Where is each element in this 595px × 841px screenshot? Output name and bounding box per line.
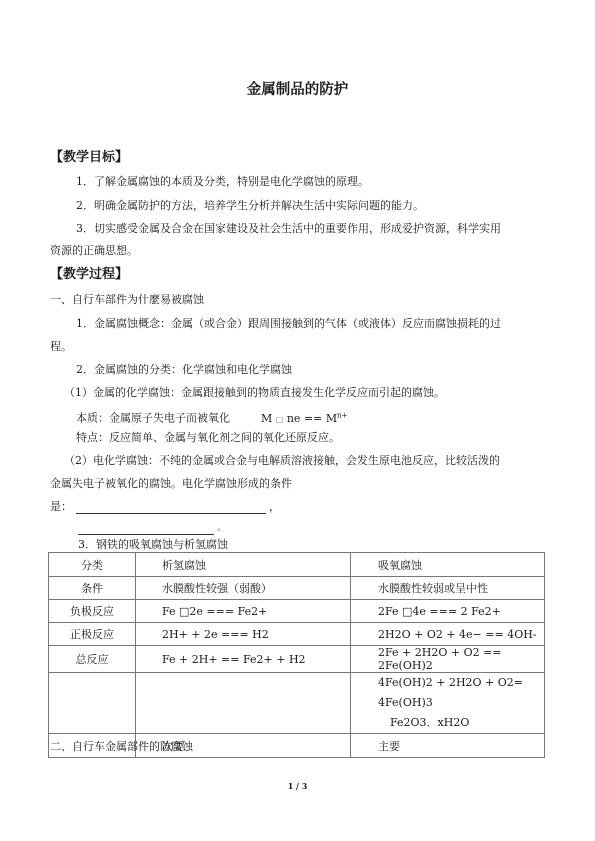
objective-item: 1．了解金属腐蚀的本质及分类，特别是电化学腐蚀的原理。 <box>76 175 369 189</box>
condition-blank-line-1: 是： ， <box>50 500 280 514</box>
corrosion-comparison-table: 分类 析氢腐蚀 吸氧腐蚀 条件 水膜酸性较强（弱酸） 水膜酸性较弱或呈中性 负极… <box>48 552 545 758</box>
table-row: 4Fe(OH)2 + 2H2O + O2= 4Fe(OH)3 Fe2O3．xH2… <box>49 673 545 734</box>
header-cell: 吸氧腐蚀 <box>351 553 545 577</box>
cell-o2: 主要 <box>351 734 545 758</box>
blank-prefix: 是： <box>50 500 72 513</box>
cell-o2: 2Fe + 2H2O + O2 == 2Fe(OH)2 <box>351 646 545 673</box>
formula-part: ne == M <box>283 412 337 425</box>
header-cell: 分类 <box>49 553 136 577</box>
cell-h2: Fe □2e === Fe2+ <box>136 600 351 623</box>
objectives-heading: 【教学目标】 <box>50 146 128 165</box>
table-row: 条件 水膜酸性较强（弱酸） 水膜酸性较弱或呈中性 <box>49 577 545 600</box>
formula-superscript: n+ <box>337 411 347 419</box>
essence-label: 本质：金属原子失电子而被氧化 <box>76 412 230 425</box>
table-header-row: 分类 析氢腐蚀 吸氧腐蚀 <box>49 553 545 577</box>
condition-blank-line-2: 。 <box>78 520 226 535</box>
part1-title: 一、自行车部件为什麼易被腐蚀 <box>50 293 204 307</box>
part2-title: 二、自行车金属部件的防腐蚀 <box>50 740 193 754</box>
page-title: 金属制品的防护 <box>0 78 595 99</box>
cell-h2: 水膜酸性较强（弱酸） <box>136 577 351 600</box>
objective-item: 2．明确金属防护的方法，培养学生分析并解决生活中实际问题的能力。 <box>76 199 424 213</box>
page-indicator: 1 / 3 <box>0 781 595 791</box>
cell-o2: 2Fe □4e === 2 Fe2+ <box>351 600 545 623</box>
electrochemical-corrosion: （2）电化学腐蚀：不纯的金属或合金与电解质溶液接触，会发生原电池反应，比较活泼的 <box>64 454 500 468</box>
essence-line: 本质：金属原子失电子而被氧化 M □ ne == Mn+ <box>76 408 347 427</box>
fill-in-blank-1[interactable] <box>76 501 266 514</box>
blank-comma: ， <box>269 500 280 513</box>
essence-formula: M □ ne == Mn+ <box>261 412 347 425</box>
table-caption: 3．钢铁的吸氧腐蚀与析氢腐蚀 <box>78 538 228 552</box>
corrosion-concept: 1．金属腐蚀概念：金属（或合金）跟周围接触到的气体（或液体）反应而腐蚀损耗的过 <box>76 317 501 331</box>
cell-o2: 4Fe(OH)2 + 2H2O + O2= 4Fe(OH)3 Fe2O3．xH2… <box>351 673 545 734</box>
row-label: 正极反应 <box>49 623 136 646</box>
table-row: 负极反应 Fe □2e === Fe2+ 2Fe □4e === 2 Fe2+ <box>49 600 545 623</box>
cell-h2: 2H+ + 2e === H2 <box>136 623 351 646</box>
cell-o2: 2H2O + O2 + 4e− == 4OH- <box>351 623 545 646</box>
rust-formula: Fe2O3．xH2O <box>378 713 544 733</box>
electrochemical-corrosion-continued: 金属失电子被氧化的腐蚀。电化学腐蚀形成的条件 <box>50 477 292 491</box>
corrosion-classification: 2．金属腐蚀的分类：化学腐蚀和电化学腐蚀 <box>76 363 292 377</box>
row-label <box>49 673 136 734</box>
process-heading: 【教学过程】 <box>50 263 128 282</box>
cell-o2: 水膜酸性较弱或呈中性 <box>351 577 545 600</box>
row-label: 总反应 <box>49 646 136 673</box>
fill-in-blank-2[interactable] <box>78 522 214 535</box>
chemical-corrosion: （1）金属的化学腐蚀：金属跟接触到的物质直接发生化学反应而引起的腐蚀。 <box>64 386 445 400</box>
row-label: 条件 <box>49 577 136 600</box>
objective-item-continued: 资源的正确思想。 <box>50 244 138 258</box>
rust-formation-equation: 4Fe(OH)2 + 2H2O + O2= 4Fe(OH)3 <box>378 673 544 713</box>
cell-h2 <box>136 673 351 734</box>
objective-item: 3．切实感受金属及合金在国家建设及社会生活中的重要作用，形成爱护资源，科学实用 <box>76 222 501 236</box>
formula-part: M <box>261 412 276 425</box>
header-cell: 析氢腐蚀 <box>136 553 351 577</box>
cell-h2: Fe + 2H+ == Fe2+ + H2 <box>136 646 351 673</box>
corrosion-concept-continued: 程。 <box>50 340 72 354</box>
table-row: 正极反应 2H+ + 2e === H2 2H2O + O2 + 4e− == … <box>49 623 545 646</box>
table-row: 总反应 Fe + 2H+ == Fe2+ + H2 2Fe + 2H2O + O… <box>49 646 545 673</box>
blank-period: 。 <box>218 523 226 532</box>
row-label: 负极反应 <box>49 600 136 623</box>
chemical-corrosion-feature: 特点：反应简单、金属与氧化剂之间的氧化还原反应。 <box>76 431 340 445</box>
